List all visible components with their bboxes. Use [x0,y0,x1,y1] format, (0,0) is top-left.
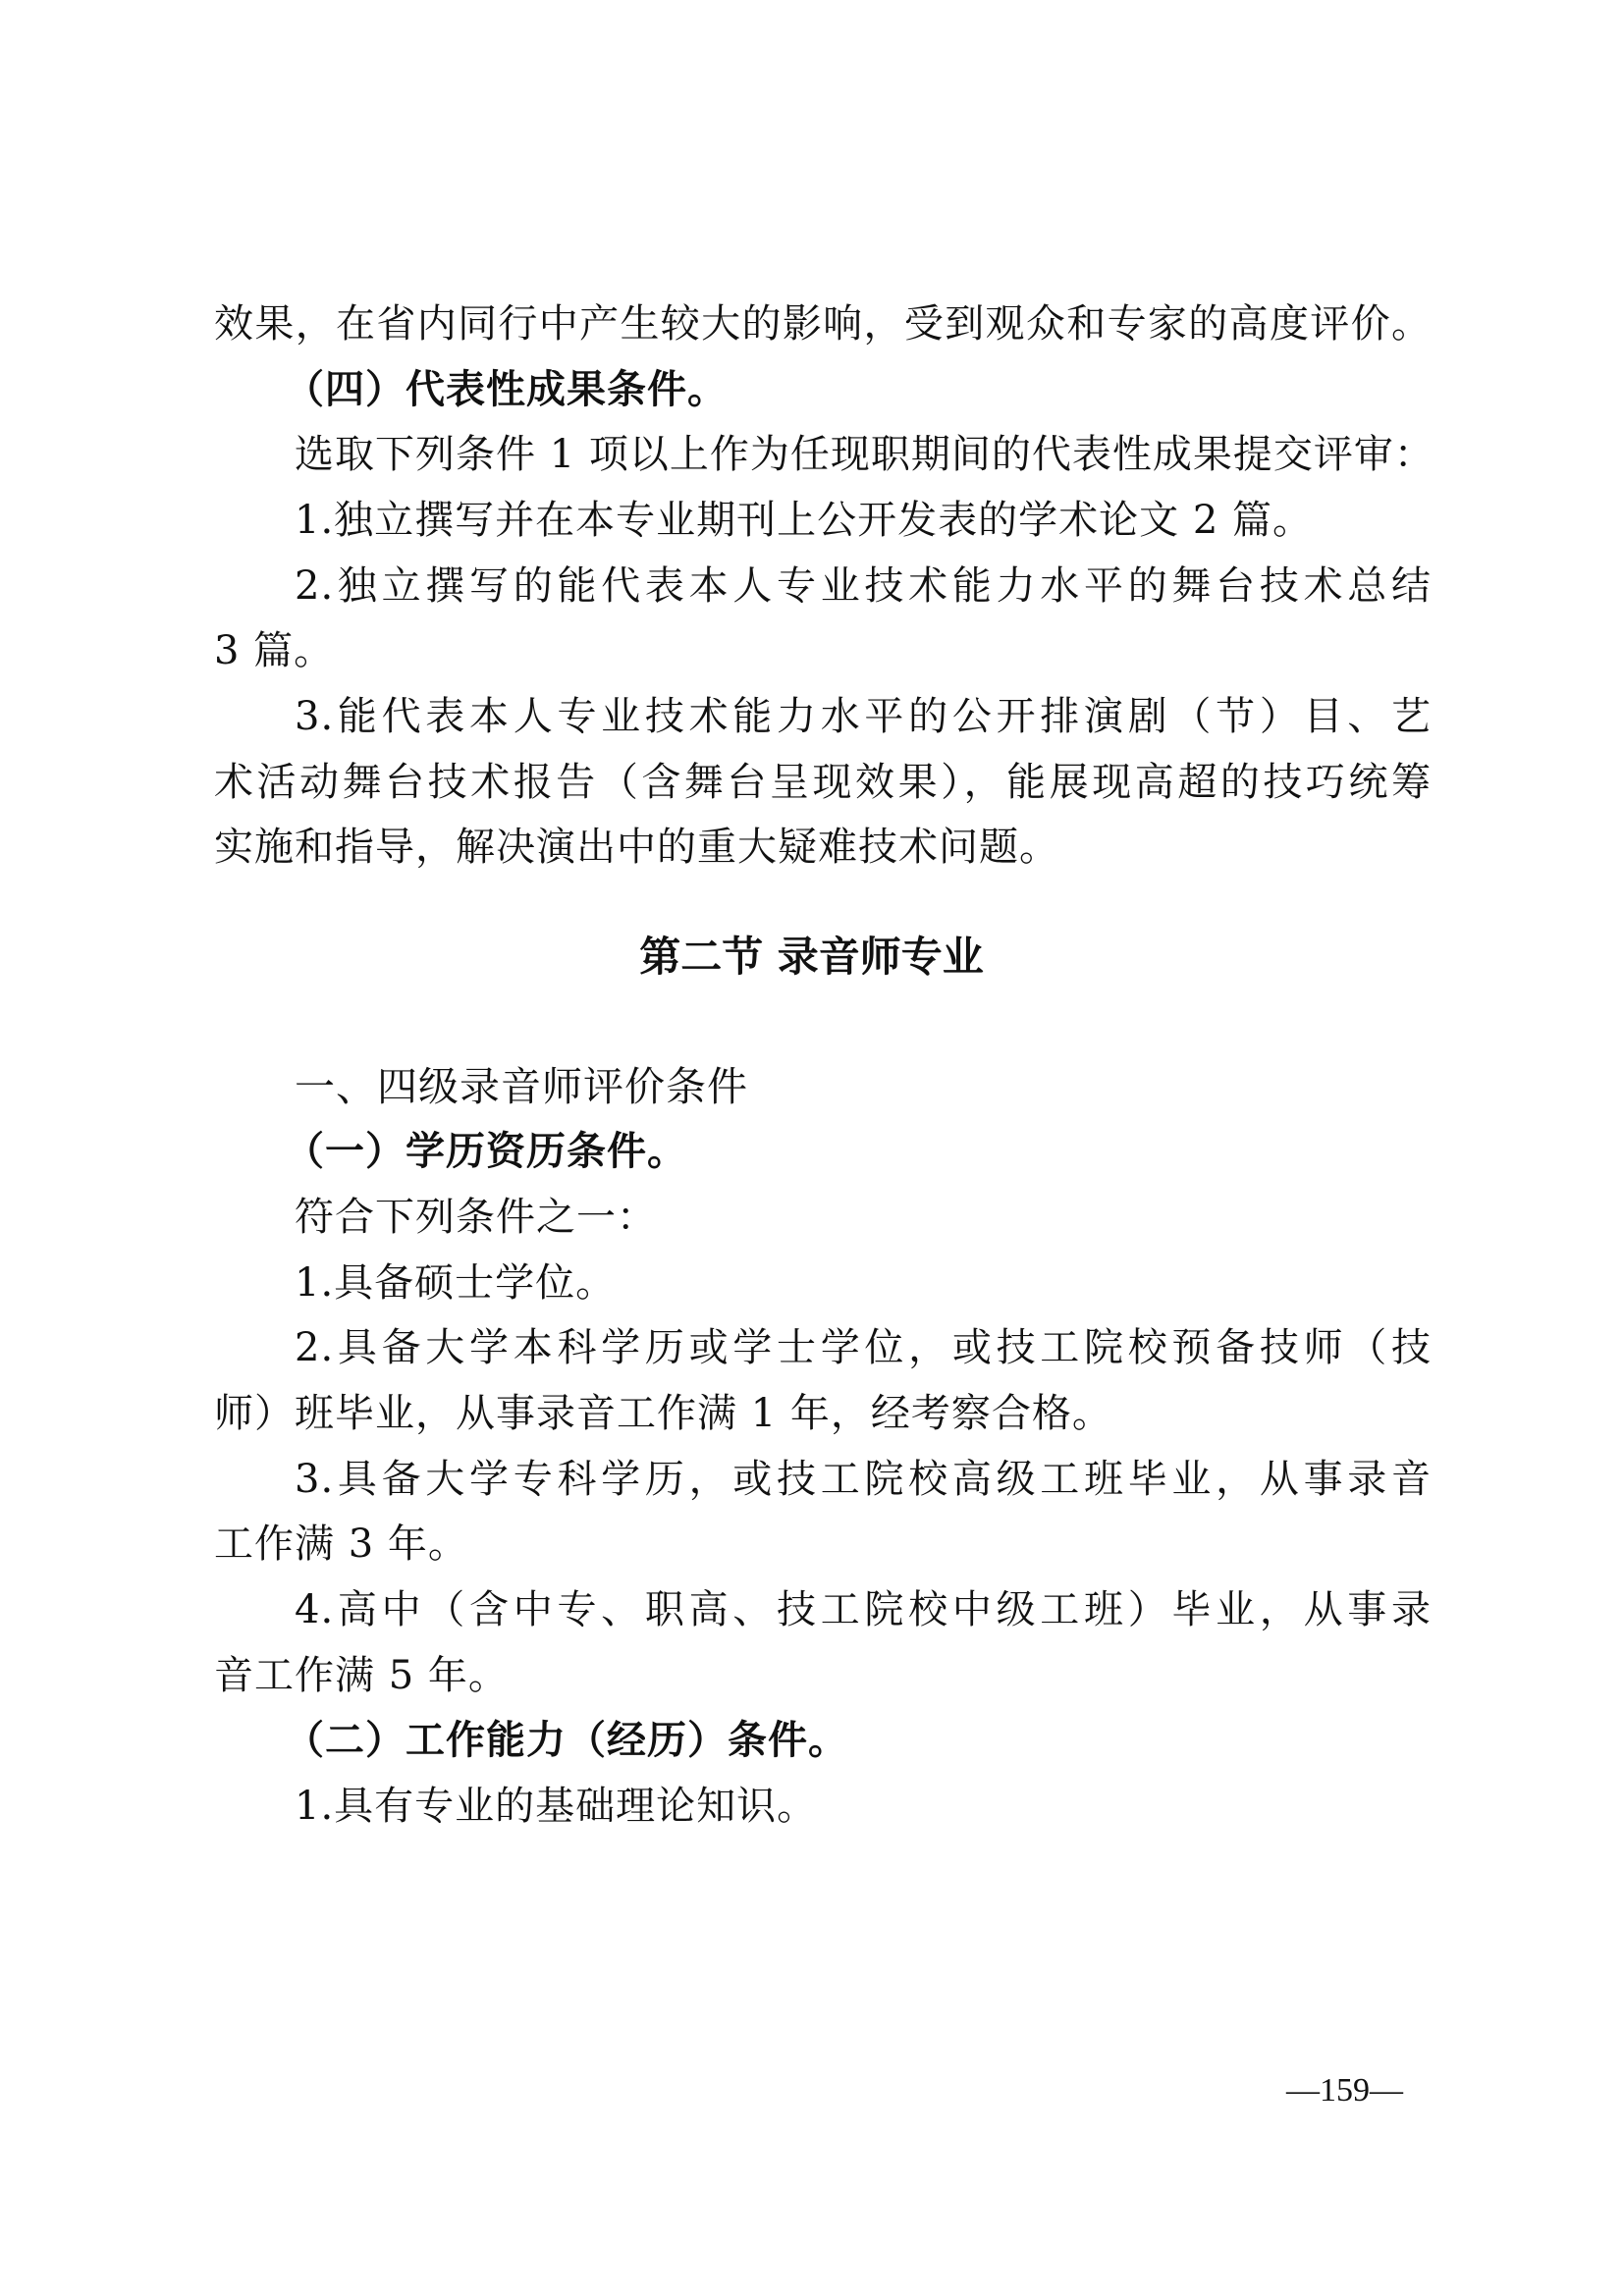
paragraph-line: 效果，在省内同行中产生较大的影响，受到观众和专家的高度评价。 [214,299,1432,348]
list-item: 4.高中（含中专、职高、技工院校中级工班）毕业，从事录 [295,1585,1432,1634]
list-item: 2.独立撰写的能代表本人专业技术能力水平的舞台技术总结 [295,561,1432,611]
list-item-continuation: 实施和指导，解决演出中的重大疑难技术问题。 [214,823,1432,872]
list-item-continuation: 工作满 3 年。 [214,1520,1432,1569]
list-item: 2.具备大学本科学历或学士学位，或技工院校预备技师（技 [295,1323,1432,1372]
section-title: 第二节 录音师专业 [0,933,1623,982]
paragraph-line: 符合下列条件之一： [295,1193,1432,1242]
education-heading: （一）学历资历条件。 [285,1127,1422,1176]
list-item: 1.独立撰写并在本专业期刊上公开发表的学术论文 2 篇。 [295,496,1432,545]
list-item-continuation: 音工作满 5 年。 [214,1651,1432,1700]
list-item-continuation: 术活动舞台技术报告（含舞台呈现效果），能展现高超的技巧统筹 [214,758,1432,807]
list-item-continuation: 师）班毕业，从事录音工作满 1 年，经考察合格。 [214,1389,1432,1438]
list-item: 1.具有专业的基础理论知识。 [295,1782,1432,1831]
section-heading-representative-results: （四）代表性成果条件。 [285,365,1422,414]
paragraph-line: 选取下列条件 1 项以上作为任现职期间的代表性成果提交评审： [295,430,1432,479]
page-number: —159— [1286,2071,1403,2110]
ability-heading: （二）工作能力（经历）条件。 [285,1716,1422,1765]
list-item: 3.能代表本人专业技术能力水平的公开排演剧（节）目、艺 [295,692,1432,741]
list-item: 1.具备硕士学位。 [295,1258,1432,1308]
document-page: 效果，在省内同行中产生较大的影响，受到观众和专家的高度评价。 （四）代表性成果条… [0,0,1623,2296]
list-item-continuation: 3 篇。 [214,626,1432,675]
list-item: 3.具备大学专科学历，或技工院校高级工班毕业，从事录音 [295,1455,1432,1504]
subsection-title: 一、四级录音师评价条件 [295,1062,1432,1111]
